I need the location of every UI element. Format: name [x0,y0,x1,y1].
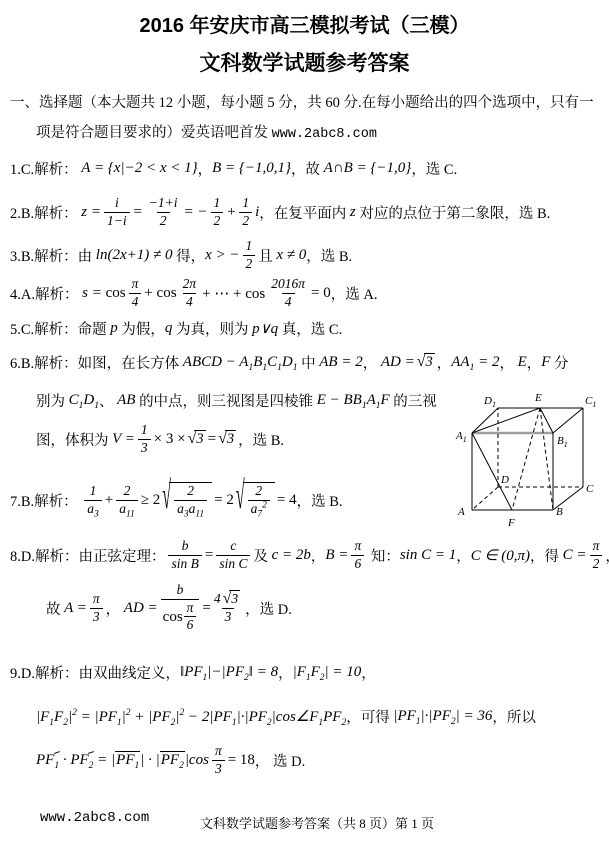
numerator: π [212,743,225,760]
numerator: 1 [243,238,256,255]
denominator: 3 [90,608,103,626]
numerator: c [227,538,239,555]
footer-site-url: www.2abc8.com [40,810,149,826]
math-run: AB = 2 [319,354,362,371]
text-run: ，选 B. [297,490,343,511]
q6-line2: 别为 C1D1 、 AB 的中点，则三视图是四棱锥 E − BB1A1F 的三视 [36,388,437,412]
hidden-edges [472,408,583,510]
edge-ea1 [472,408,540,433]
radicand: 2a72 [243,482,275,518]
math-run: + ⋯ + cos [202,284,265,303]
math-run: = [93,752,111,769]
math-run: 4 [214,591,221,608]
fraction: i1−i [104,195,130,230]
math-run: = [202,600,210,617]
radicand: 3 [229,590,240,608]
numerator: 2 [252,483,265,500]
text-run: 的中点，则三视图是四棱锥 [135,390,316,411]
edge-c1b1 [553,408,583,433]
fraction: 2a11 [116,483,138,518]
q3-label: 3.B.解析： [10,245,78,266]
radicand: 3 [194,430,205,448]
section-heading-line2: 项是符合题目要求的）爱英语吧首发 www.2abc8.com [36,121,377,142]
denominator: sin B [168,555,201,573]
denominator: 2 [157,212,170,230]
math-run: V = [112,431,135,448]
denominator: a72 [248,500,270,518]
q9-line3: PF1 · PF2 = | PF1 | · | PF2 |cos π3 = 18… [36,738,305,782]
math-run: AA1 = 2 [451,354,499,371]
denominator: 6 [184,616,197,634]
denominator: sin C [216,555,250,573]
numerator: 1 [87,483,100,500]
text-run: 由双曲线定义， [78,662,180,683]
math-run: E [518,354,527,371]
math-run: cos [163,608,183,627]
text-run: 图，体积为 [36,429,112,450]
footer-page-info: 文科数学试题参考答案（共 8 页）第 1 页 [200,813,434,832]
edge-ef [512,408,540,510]
vertex-label-a1: A1 [455,430,467,444]
denominator: cosπ6 [161,599,200,635]
text-run: ， [437,352,452,373]
text-run: ， [278,662,293,683]
math-run: q [165,320,173,337]
numerator: 1 [211,195,224,212]
fraction: π6 [184,600,197,635]
q3-line: 3.B.解析： 由 ln(2x+1) ≠ 0 得， x > − 12 且 x ≠… [10,236,352,274]
vector-term: PF2 [70,752,93,769]
denominator: a11 [116,500,138,518]
math-run: c = 2b [272,547,311,564]
vertex-label-d1: D1 [483,395,496,409]
document-page: 2016 年安庆市高三模拟考试（三模） 文科数学试题参考答案 一、选择题（本大题… [0,0,609,843]
math-run: × 3 × [154,431,186,448]
text-run: ， [363,352,381,373]
text-run: 对应的点位于第二象限，选 B. [356,202,551,223]
vector-overline: PF2 [160,751,185,769]
text-run: 分 [550,352,568,373]
math-run: B = [325,547,348,564]
fraction: 1a3 [84,483,102,518]
text-run: 知： [367,545,400,566]
math-run: = 2 [214,492,234,509]
fraction: 2016π4 [268,276,308,311]
section-heading-line1: 一、选择题（本大题共 12 小题，每小题 5 分，共 60 分.在每小题给出的四… [10,91,594,112]
text-run: 别为 [36,390,69,411]
text-run: 的三视 [390,390,437,411]
text-run: ，选 A. [331,283,378,304]
site-url: www.2abc8.com [272,127,377,142]
math-run: ln(2x+1) ≠ 0 [96,247,173,264]
text-run: ， [198,158,213,179]
fraction: 12 [211,195,224,230]
text-run: 为真，则为 [172,318,252,339]
math-run: x ≠ 0 [276,247,306,264]
denominator: 3 [222,608,235,626]
numerator: 2 [121,483,134,500]
text-run: 如图，在长方体 [78,352,183,373]
fraction: 2a72 [248,483,270,518]
edge-da [472,487,498,510]
math-run: s = [82,285,105,302]
math-run: sin C = 1 [400,547,456,564]
text-run: ，选 C. [411,158,457,179]
numerator: 1 [138,422,151,439]
denominator: 4 [282,293,295,311]
fraction: π3 [90,591,103,626]
q2-line: 2.B.解析： z = i1−i = −1+i2 = − 12 + 12 i ，… [10,191,550,233]
math-run: C ∈ (0,π) [471,546,530,565]
vertex-label-c1: C1 [585,395,596,409]
radical: √3 [188,430,206,448]
text-run: ，在复平面内 [259,202,350,223]
q9-line1: 9.D.解析： 由双曲线定义， ‖PF1|−|PF2‖ = 8 ， |F1F2|… [10,660,376,684]
denominator: 3 [138,439,151,457]
math-run: = [205,547,213,564]
math-run: E − BB1A1F [317,392,390,409]
math-run: + [105,492,113,509]
text-run: ，选 B. [238,429,284,450]
fraction: π3 [212,743,225,778]
text-run: 得， [172,245,205,266]
vertex-label-e: E [534,392,542,404]
q4-line: 4.A.解析： s = cos π4 + cos 2π4 + ⋯ + cos 2… [10,272,377,314]
text-run: 且 [258,245,276,266]
q9-line2: |F1F2|2 = |PF1|2 + |PF2|2 − 2|PF1|·|PF2|… [36,704,536,728]
numerator: b [174,582,187,599]
q5-line: 5.C.解析： 命题 p 为假， q 为真，则为 p∨q 真，选 C. [10,316,342,340]
numerator: i [112,195,122,212]
edge-eb1 [540,408,553,433]
text-run: ， [499,352,517,373]
radical: √2a3a11 [162,482,212,518]
denominator: 2 [243,255,256,273]
numerator: 4√3 [214,590,242,608]
text-run: 由 [78,245,96,266]
vertex-label-d: D [500,474,509,486]
fraction: π2 [590,538,603,573]
math-run: AD = [381,354,415,371]
math-run: A = {x|−2 < x < 1} [81,160,197,177]
math-run: = [208,431,216,448]
math-run: | · | [140,752,160,769]
math-run: F [541,354,550,371]
math-run: |PF1|·|PF2| = 36 [393,708,492,725]
text-run: ， [106,598,124,619]
numerator: π [90,591,103,608]
text-run: 、 [99,390,117,411]
denominator: 2 [211,212,224,230]
numerator: 2016π [268,276,308,293]
fraction: π4 [129,276,142,311]
math-run: = 18 [228,752,255,769]
fraction: 12 [239,195,252,230]
q2-label: 2.B.解析： [10,202,81,223]
q4-label: 4.A.解析： [10,283,82,304]
text-run: 项是符合题目要求的）爱英语吧首发 [36,125,272,141]
vector-overline: PF1 [115,751,140,769]
q1-label: 1.C.解析： [10,158,81,179]
math-run: |F1F2|2 = |PF1|2 + |PF2|2 − 2|PF1|·|PF2|… [36,707,346,726]
text-run: ， [361,662,376,683]
text-run: ，得 [530,545,563,566]
text-run: ， [527,352,542,373]
math-run: |F1F2| = 10 [293,664,362,681]
vertex-label-a: A [457,506,465,518]
math-run: = [133,204,143,221]
edge-a1d1 [472,408,498,433]
text-run: ， [456,545,471,566]
q7-label: 7.B.解析： [10,490,81,511]
denominator: 2 [239,212,252,230]
numerator: π [351,538,364,555]
text-run: ， 选 D. [255,750,305,771]
text-run: 故 [46,598,64,619]
vertex-labels: D1 E C1 A1 B1 D C A B F [455,392,596,529]
math-run: |cos [185,752,209,769]
q8-label: 8.D.解析：由正弦定理： [10,545,165,566]
vertex-label-f: F [507,517,515,529]
q7-line: 7.B.解析： 1a3 + 2a11 ≥ 2 √2a3a11 = 2 √2a72… [10,478,343,522]
numerator: 2π [180,276,200,293]
q6-line1: 6.B.解析： 如图，在长方体 ABCD − A1B1C1D1 中 AB = 2… [10,350,569,374]
text-run: ， [311,545,326,566]
denominator: 1−i [104,212,130,230]
fraction: π6 [351,538,364,573]
text-run: 中 [298,352,320,373]
denominator: 6 [351,555,364,573]
math-run: = 4 [277,492,297,509]
q6-label: 6.B.解析： [10,352,78,373]
numerator: b [179,538,192,555]
text-run: ， [605,545,609,566]
q5-label: 5.C.解析： [10,318,78,339]
fraction: 2a3a11 [174,483,207,518]
q1-line: 1.C.解析： A = {x|−2 < x < 1} ， B = {−1,0,1… [10,156,457,180]
math-run: A = [64,600,87,617]
text-run: 为假， [118,318,165,339]
radical: √3 [223,590,241,608]
exam-title: 2016 年安庆市高三模拟考试（三模） [0,9,609,38]
denominator: 2 [590,555,603,573]
math-run: cos [106,285,126,302]
math-run: AD = [124,600,158,617]
denominator: 4 [129,293,142,311]
math-run: p∨q [252,319,278,338]
numerator: 1 [239,195,252,212]
fraction: 13 [138,422,151,457]
radical: √3 [218,430,236,448]
edge-eb [540,408,553,510]
q9-label: 9.D.解析： [10,662,78,683]
text-run: 及 [253,545,271,566]
math-run: AB [117,392,135,409]
radical-sign: √ [162,479,171,518]
math-run: ‖PF1|−|PF2‖ = 8 [180,664,278,681]
math-run: + [226,204,236,221]
fraction: csin C [216,538,250,573]
fraction: −1+i2 [146,195,181,230]
edge-a1f [472,433,512,510]
denominator: a3 [84,500,102,518]
text-run: 真，选 C. [278,318,342,339]
cuboid-figure: D1 E C1 A1 B1 D C A B F [444,384,609,542]
fraction: bsin B [168,538,201,573]
math-run: = 0 [311,285,331,302]
radicand: 3 [424,353,435,371]
denominator: 4 [183,293,196,311]
math-run: C1D1 [69,392,99,409]
fraction: 12 [243,238,256,273]
math-run: z = [81,204,101,221]
text-run: ，可得 [346,706,393,727]
text-run: ，故 [291,158,324,179]
numerator: π [129,276,142,293]
math-run: C = [563,547,587,564]
denominator: a3a11 [174,500,207,518]
math-run: x > − [205,247,239,264]
math-run: p [110,320,118,337]
vertex-label-b: B [556,506,563,518]
vertex-label-c: C [586,483,594,495]
answer-key-title: 文科数学试题参考答案 [0,47,609,77]
fraction: 2π4 [180,276,200,311]
text-run: ，选 D. [245,598,292,619]
math-run: + cos [144,285,176,302]
numerator: −1+i [146,195,181,212]
math-run: B = {−1,0,1} [212,160,291,177]
q8-line2: 故 A = π3 ， AD = bcosπ6 = 4√33 ，选 D. [46,581,292,635]
cuboid-edges [472,408,583,510]
vertex-label-b1: B1 [557,435,568,449]
fraction: bcosπ6 [161,582,200,635]
denominator: 3 [212,760,225,778]
radicand: 3 [225,430,236,448]
text-run: ，所以 [492,706,536,727]
text-run: 命题 [78,318,111,339]
math-run: = − [184,204,208,221]
text-run: ，选 B. [306,245,352,266]
numerator: π [184,600,197,617]
radical: √3 [417,353,435,371]
math-run: · [59,752,70,769]
numerator: 2 [184,483,197,500]
math-run: ≥ 2 [141,492,160,509]
radicand: 2a3a11 [169,482,212,518]
radical-sign: √ [236,479,245,518]
fraction: 4√33 [214,590,242,626]
vector-term: PF1 [36,752,59,769]
math-run: A∩B = {−1,0} [324,160,412,177]
q6-line3: 图，体积为 V = 13 × 3 × √3 = √3 ，选 B. [36,419,284,459]
radical: √2a72 [236,482,275,518]
math-run: ABCD − A1B1C1D1 [183,354,298,371]
